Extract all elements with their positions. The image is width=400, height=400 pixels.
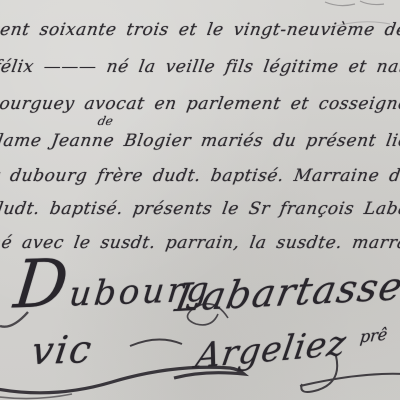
manuscript-line-2: félix ——— né la veille fils légitime et … — [0, 57, 400, 77]
manuscript-line-3: bourguey avocat en parlement et cosseign… — [0, 94, 400, 114]
manuscript-line-6: dudt. baptisé. présents le Sr françois L… — [0, 199, 400, 219]
signature-title-pretre: prê — [359, 324, 388, 346]
manuscript-scan: cent soixante trois et le vingt-neuvième… — [0, 0, 400, 400]
interlinear-insertion: de — [97, 114, 115, 128]
manuscript-line-5: y dubourg frère dudt. baptisé. Marraine … — [0, 166, 400, 186]
manuscript-line-1: cent soixante trois et le vingt-neuvième… — [0, 20, 400, 40]
manuscript-line-4: dame Jeanne Blogier mariés du présent li… — [0, 131, 400, 151]
signature-argeliez: Argeliez — [193, 323, 349, 377]
signature-vic: vic — [29, 327, 96, 373]
